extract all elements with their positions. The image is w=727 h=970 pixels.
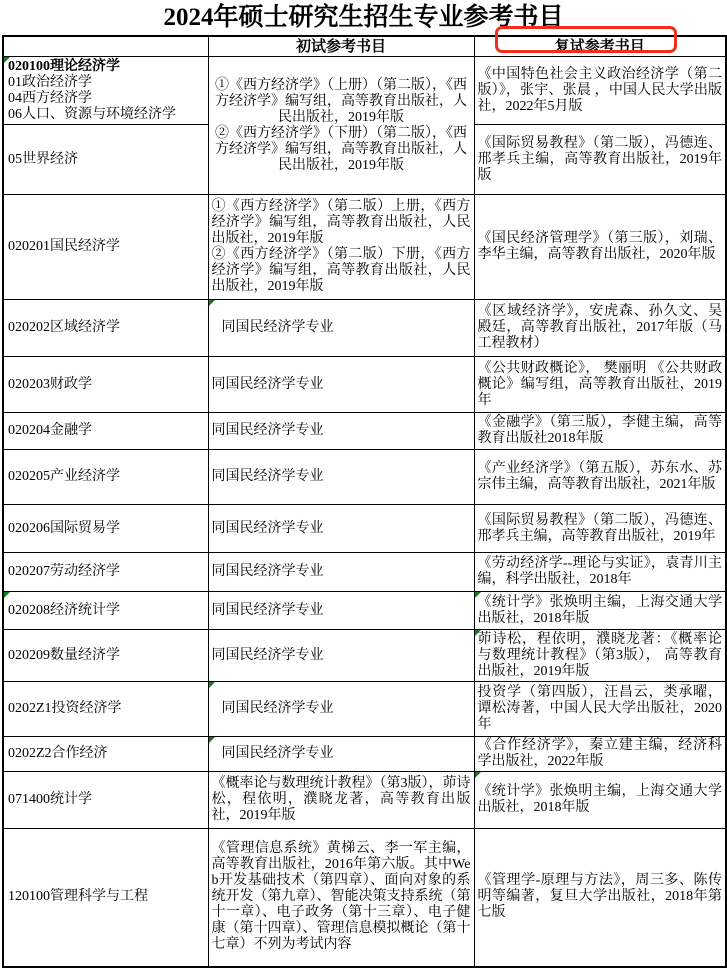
- specialty-cell: 120100管理科学与工程: [3, 829, 208, 967]
- specialty-cell: 071400统计学: [3, 772, 208, 829]
- chushi-cell: 同国民经济学专业: [208, 630, 474, 682]
- fushi-cell: 《统计学》张焕明主编，上海交通大学出版社，2018年版: [474, 592, 726, 630]
- chushi-cell: 同国民经济学专业: [208, 682, 474, 737]
- cell-corner-marker-icon: [4, 592, 10, 598]
- specialty-line: 020100理论经济学: [8, 59, 205, 75]
- header-row: 初试参考书目 复试参考书目: [3, 36, 726, 57]
- specialty-cell: 0202Z1投资经济学: [3, 682, 208, 737]
- table-row: 020202区域经济学同国民经济学专业《区域经济学》，安虎森、孙久文、吴殿廷，高…: [3, 300, 726, 357]
- page-title: 2024年硕士研究生招生专业参考书目: [0, 0, 727, 35]
- specialty-cell: 020205产业经济学: [3, 450, 208, 505]
- chushi-cell: ①《西方经济学》（上册）（第二版），《西方经济学》编写组，高等教育出版社，人民出…: [208, 57, 474, 195]
- fushi-cell: 《产业经济学》（第五版），苏东水、苏宗伟主编，高等教育出版社，2021年版: [474, 450, 726, 505]
- chushi-cell: 《管理信息系统》黄梯云、李一军主编，高等教育出版社，2016年第六版。其中Web…: [208, 829, 474, 967]
- specialty-cell: 020209数量经济学: [3, 630, 208, 682]
- header-specialty: [3, 36, 208, 57]
- specialty-cell: 020203财政学: [3, 357, 208, 413]
- fushi-cell: 茆诗松，程依明，濮晓龙著：《概率论与数理统计教程》（第3版）， 高等教育出版社，…: [474, 630, 726, 682]
- specialty-cell: 020204金融学: [3, 413, 208, 450]
- fushi-cell: 《国民经济管理学》（第三版），刘瑞、李华主编，高等教育出版社，2020年版: [474, 195, 726, 300]
- table-row: 020207劳动经济学同国民经济学专业《劳动经济学--理论与实证》，袁青川主编，…: [3, 553, 726, 592]
- table-row: 020204金融学同国民经济学专业《金融学》（第三版），李健主编，高等教育出版社…: [3, 413, 726, 450]
- table-row: 020100理论经济学01政治经济学04西方经济学06人口、资源与环境经济学①《…: [3, 57, 726, 125]
- cell-corner-marker-icon: [4, 57, 10, 63]
- cell-corner-marker-icon: [209, 682, 215, 688]
- document-page: 2024年硕士研究生招生专业参考书目 初试参考书目 复试参考书目 020100理…: [0, 0, 727, 970]
- specialty-cell: 020206国际贸易学: [3, 505, 208, 553]
- chushi-cell: 同国民经济学专业: [208, 413, 474, 450]
- fushi-cell: 《合作经济学》，秦立建主编，经济科学出版社，2022年版: [474, 737, 726, 772]
- cell-corner-marker-icon: [475, 630, 481, 636]
- specialty-cell: 020201国民经济学: [3, 195, 208, 300]
- table-row: 020206国际贸易学同国民经济学专业《国际贸易教程》（第二版），冯德连、邢孝兵…: [3, 505, 726, 553]
- fushi-cell: 《国际贸易教程》（第二版），冯德连、邢孝兵主编，高等教育出版社，2019年: [474, 505, 726, 553]
- specialty-line: 06人口、资源与环境经济学: [8, 107, 205, 123]
- cell-corner-marker-icon: [475, 772, 481, 778]
- chushi-cell: 同国民经济学专业: [208, 737, 474, 772]
- chushi-cell: 同国民经济学专业: [208, 592, 474, 630]
- table-row: 020205产业经济学同国民经济学专业《产业经济学》（第五版），苏东水、苏宗伟主…: [3, 450, 726, 505]
- specialty-line: 01政治经济学: [8, 75, 205, 91]
- fushi-cell: 《劳动经济学--理论与实证》，袁青川主编，科学出版社，2018年: [474, 553, 726, 592]
- chushi-cell: 同国民经济学专业: [208, 357, 474, 413]
- fushi-cell: 投资学（第四版），汪昌云，类承曜，谭松涛著，中国人民大学出版社，2020年: [474, 682, 726, 737]
- table-row: 0202Z2合作经济同国民经济学专业《合作经济学》，秦立建主编，经济科学出版社，…: [3, 737, 726, 772]
- chushi-cell: 同国民经济学专业: [208, 553, 474, 592]
- chushi-cell: 同国民经济学专业: [208, 450, 474, 505]
- chushi-cell: 同国民经济学专业: [208, 505, 474, 553]
- specialty-line: 04西方经济学: [8, 91, 205, 107]
- fushi-cell: 《中国特色社会主义政治经济学（第二版）》，张宇、张晨 ，中国人民大学出版社，20…: [474, 57, 726, 125]
- table-row: 071400统计学《概率论与数理统计教程》（第3版），茆诗松，程依明，濮晓龙著，…: [3, 772, 726, 829]
- reference-table: 初试参考书目 复试参考书目 020100理论经济学01政治经济学04西方经济学0…: [2, 35, 727, 968]
- table-body: 020100理论经济学01政治经济学04西方经济学06人口、资源与环境经济学①《…: [3, 57, 726, 967]
- table-row: 020201国民经济学①《西方经济学》（第二版）上册，《西方经济学》编写组，高等…: [3, 195, 726, 300]
- fushi-cell: 《公共财政概论》， 樊丽明 《公共财政概论》编写组，高等教育出版社，2019年: [474, 357, 726, 413]
- specialty-cell: 05世界经济: [3, 125, 208, 195]
- specialty-cell: 020202区域经济学: [3, 300, 208, 357]
- table-row: 020209数量经济学同国民经济学专业茆诗松，程依明，濮晓龙著：《概率论与数理统…: [3, 630, 726, 682]
- table-row: 020208经济统计学同国民经济学专业《统计学》张焕明主编，上海交通大学出版社，…: [3, 592, 726, 630]
- fushi-cell: 《国际贸易教程》（第二版），冯德连、邢孝兵主编，高等教育出版社，2019年版: [474, 125, 726, 195]
- fushi-cell: 《统计学》张焕明主编，上海交通大学出版社，2018年版: [474, 772, 726, 829]
- table-row: 0202Z1投资经济学同国民经济学专业投资学（第四版），汪昌云，类承曜，谭松涛著…: [3, 682, 726, 737]
- specialty-cell: 020100理论经济学01政治经济学04西方经济学06人口、资源与环境经济学: [3, 57, 208, 125]
- header-fushi: 复试参考书目: [474, 36, 726, 57]
- chushi-cell: ①《西方经济学》（第二版）上册，《西方经济学》编写组，高等教育出版社，人民出版社…: [208, 195, 474, 300]
- cell-corner-marker-icon: [209, 300, 215, 306]
- chushi-cell: 《概率论与数理统计教程》（第3版），茆诗松，程依明，濮晓龙著，高等教育出版社，2…: [208, 772, 474, 829]
- fushi-cell: 《管理学-原理与方法》，周三多、陈传明等编著，复旦大学出版社，2018年第七版: [474, 829, 726, 967]
- fushi-cell: 《区域经济学》，安虎森、孙久文、吴殿廷，高等教育出版社，2017年版（马工程教材…: [474, 300, 726, 357]
- specialty-cell: 020207劳动经济学: [3, 553, 208, 592]
- table-row: 020203财政学同国民经济学专业《公共财政概论》， 樊丽明 《公共财政概论》编…: [3, 357, 726, 413]
- specialty-cell: 020208经济统计学: [3, 592, 208, 630]
- specialty-cell: 0202Z2合作经济: [3, 737, 208, 772]
- cell-corner-marker-icon: [209, 737, 215, 743]
- fushi-cell: 《金融学》（第三版），李健主编，高等教育出版社2018年版: [474, 413, 726, 450]
- chushi-cell: 同国民经济学专业: [208, 300, 474, 357]
- table-row: 120100管理科学与工程《管理信息系统》黄梯云、李一军主编，高等教育出版社，2…: [3, 829, 726, 967]
- header-chushi: 初试参考书目: [208, 36, 474, 57]
- cell-corner-marker-icon: [475, 592, 481, 598]
